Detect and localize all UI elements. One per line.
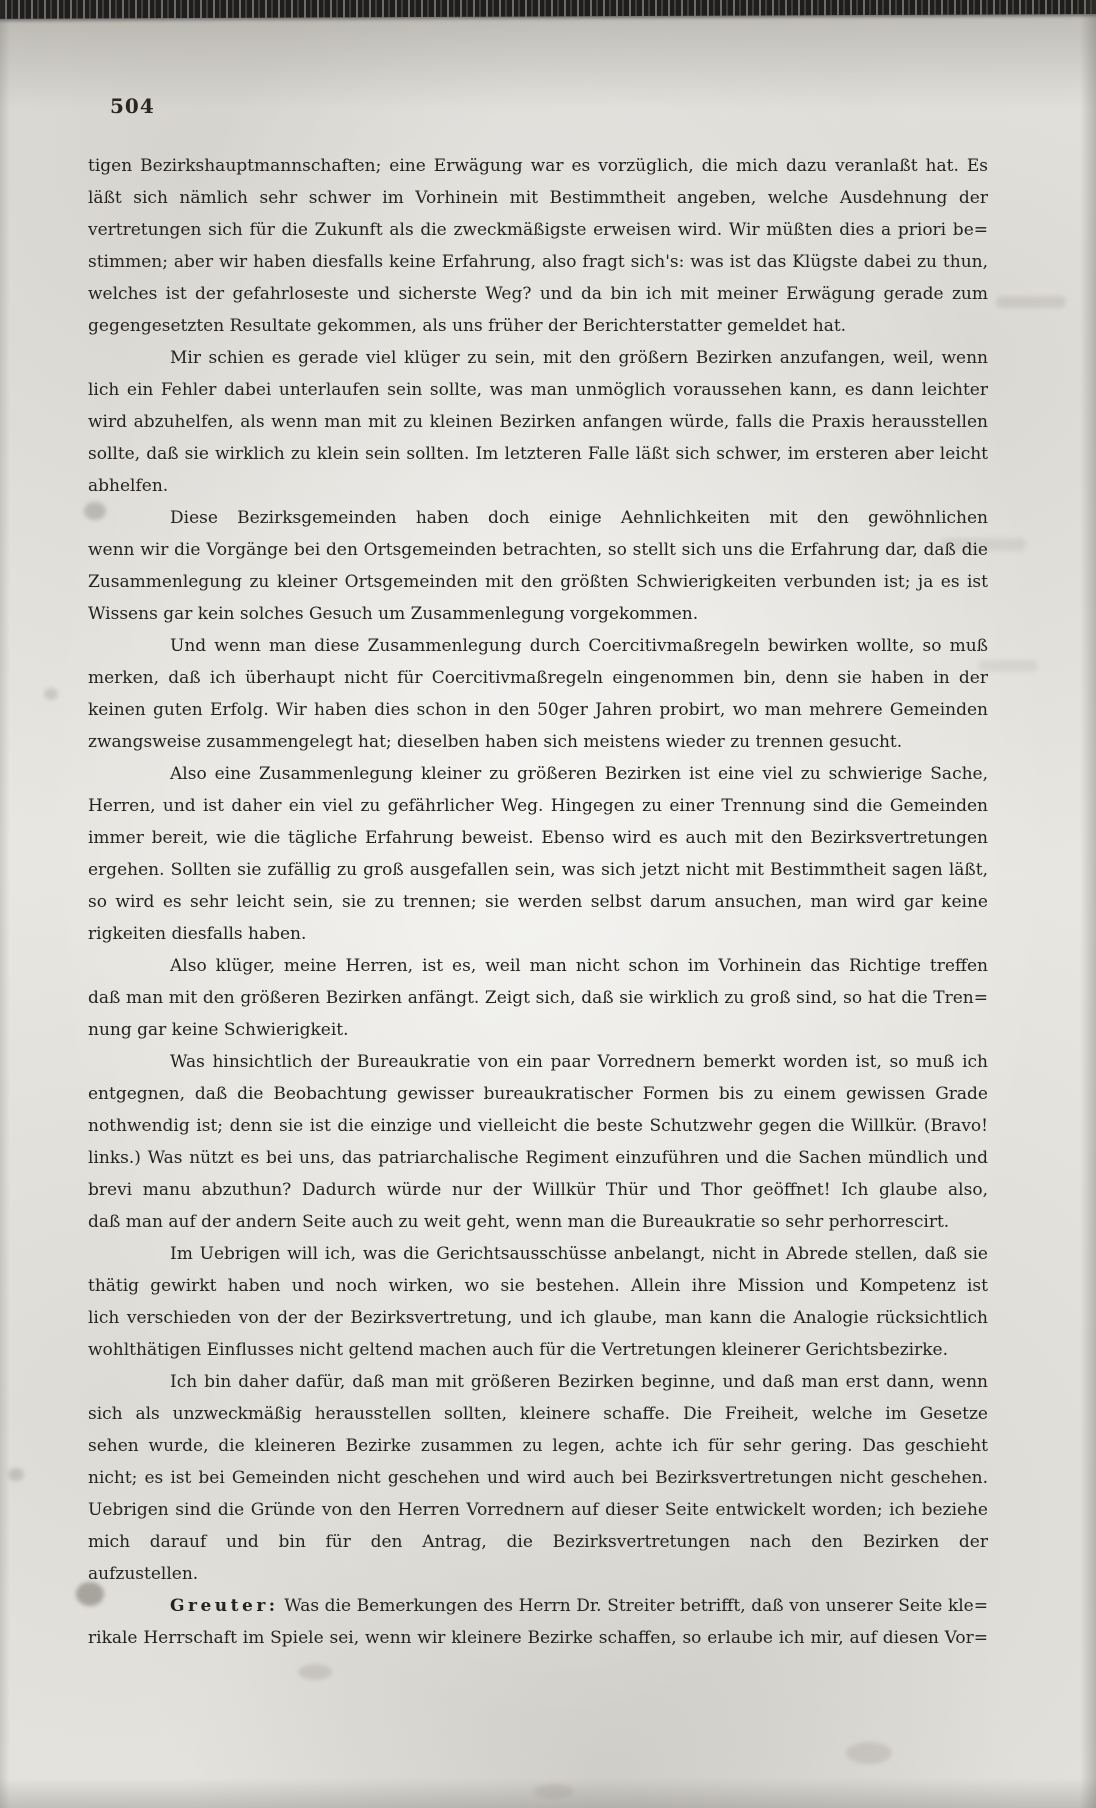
text-line: stimmen; aber wir haben diesfalls keine … xyxy=(88,246,988,278)
paper-stain xyxy=(298,1664,332,1680)
text-line: Ich bin daher dafür, daß man mit größere… xyxy=(88,1366,988,1398)
text-line: Mir schien es gerade viel klüger zu sein… xyxy=(88,342,988,374)
text-line: Greuter: Was die Bemerkungen des Herrn D… xyxy=(88,1590,988,1622)
paragraph: Was hinsichtlich der Bureaukratie von ei… xyxy=(88,1046,988,1238)
text-line: Wissens gar kein solches Gesuch um Zusam… xyxy=(88,598,988,630)
speaker-name: Greuter: xyxy=(170,1596,279,1616)
text-line: nung gar keine Schwierigkeit. xyxy=(88,1014,988,1046)
text-line: so wird es sehr leicht sein, sie zu tren… xyxy=(88,886,988,918)
text-line: Also klüger, meine Herren, ist es, weil … xyxy=(88,950,988,982)
text-line: sehen wurde, die kleineren Bezirke zusam… xyxy=(88,1430,988,1462)
text-line: daß man mit den größeren Bezirken anfäng… xyxy=(88,982,988,1014)
text-line: ergehen. Sollten sie zufällig zu groß au… xyxy=(88,854,988,886)
text-line: rikale Herrschaft im Spiele sei, wenn wi… xyxy=(88,1622,988,1654)
text-line: Und wenn man diese Zusammenlegung durch … xyxy=(88,630,988,662)
paragraph: Mir schien es gerade viel klüger zu sein… xyxy=(88,342,988,502)
paragraph: Im Uebrigen will ich, was die Gerichtsau… xyxy=(88,1238,988,1366)
text-line: merken, daß ich überhaupt nicht für Coer… xyxy=(88,662,988,694)
text-line: daß man auf der andern Seite auch zu wei… xyxy=(88,1206,988,1238)
scan-edge-strip xyxy=(0,0,1096,19)
paper-stain xyxy=(996,296,1066,308)
text-line: keinen guten Erfolg. Wir haben dies scho… xyxy=(88,694,988,726)
text-block: tigen Bezirkshauptmannschaften; eine Erw… xyxy=(88,150,988,1654)
text-line: abhelfen. xyxy=(88,470,988,502)
text-line: zwangsweise zusammengelegt hat; dieselbe… xyxy=(88,726,988,758)
text-line: vertretungen sich für die Zukunft als di… xyxy=(88,214,988,246)
text-line: sollte, daß sie wirklich zu klein sein s… xyxy=(88,438,988,470)
paragraph: Greuter: Was die Bemerkungen des Herrn D… xyxy=(88,1590,988,1654)
text-line: mich darauf und bin für den Antrag, die … xyxy=(88,1526,988,1558)
paragraph: Diese Bezirksgemeinden haben doch einige… xyxy=(88,502,988,630)
text-line: brevi manu abzuthun? Dadurch würde nur d… xyxy=(88,1174,988,1206)
paragraph: Also klüger, meine Herren, ist es, weil … xyxy=(88,950,988,1046)
text-line: aufzustellen. xyxy=(88,1558,988,1590)
text-line: lich verschieden von der der Bezirksvert… xyxy=(88,1302,988,1334)
text-line: läßt sich nämlich sehr schwer im Vorhine… xyxy=(88,182,988,214)
text-line: Uebrigen sind die Gründe von den Herren … xyxy=(88,1494,988,1526)
paper-stain xyxy=(534,1784,574,1799)
scan-left-shading xyxy=(0,0,10,1808)
page-number: 504 xyxy=(110,94,155,118)
paper-stain xyxy=(44,688,58,700)
text-line: welches ist der gefahrloseste und sicher… xyxy=(88,278,988,310)
text-line: entgegnen, daß die Beobachtung gewisser … xyxy=(88,1078,988,1110)
scan-bottom-shading xyxy=(0,1778,1096,1808)
text-line: nothwendig ist; denn sie ist die einzige… xyxy=(88,1110,988,1142)
paragraph: Und wenn man diese Zusammenlegung durch … xyxy=(88,630,988,758)
text-line: nicht; es ist bei Gemeinden nicht gesche… xyxy=(88,1462,988,1494)
paragraph: tigen Bezirkshauptmannschaften; eine Erw… xyxy=(88,150,988,342)
text-line: Also eine Zusammenlegung kleiner zu größ… xyxy=(88,758,988,790)
text-line: links.) Was nützt es bei uns, das patria… xyxy=(88,1142,988,1174)
text-line: Was hinsichtlich der Bureaukratie von ei… xyxy=(88,1046,988,1078)
text-line: sich als unzweckmäßig herausstellen soll… xyxy=(88,1398,988,1430)
text-line: Herren, und ist daher ein viel zu gefähr… xyxy=(88,790,988,822)
paper-stain xyxy=(8,1468,24,1481)
text-line: immer bereit, wie die tägliche Erfahrung… xyxy=(88,822,988,854)
paragraph: Ich bin daher dafür, daß man mit größere… xyxy=(88,1366,988,1590)
text-line: Zusammenlegung zu kleiner Ortsgemeinden … xyxy=(88,566,988,598)
text-line: gegengesetzten Resultate gekommen, als u… xyxy=(88,310,988,342)
paper-stain xyxy=(846,1742,892,1764)
text-line: thätig gewirkt haben und noch wirken, wo… xyxy=(88,1270,988,1302)
paragraph: Also eine Zusammenlegung kleiner zu größ… xyxy=(88,758,988,950)
text-line: tigen Bezirkshauptmannschaften; eine Erw… xyxy=(88,150,988,182)
text-line: lich ein Fehler dabei unterlaufen sein s… xyxy=(88,374,988,406)
scan-right-shading xyxy=(1080,0,1096,1808)
text-line: wohlthätigen Einflusses nicht geltend ma… xyxy=(88,1334,988,1366)
text-line: Diese Bezirksgemeinden haben doch einige… xyxy=(88,502,988,534)
text-line: wird abzuhelfen, als wenn man mit zu kle… xyxy=(88,406,988,438)
text-line: Im Uebrigen will ich, was die Gerichtsau… xyxy=(88,1238,988,1270)
scanned-book-page: 504 tigen Bezirkshauptmannschaften; eine… xyxy=(0,0,1096,1808)
text-line: rigkeiten diesfalls haben. xyxy=(88,918,988,950)
text-line: wenn wir die Vorgänge bei den Ortsgemein… xyxy=(88,534,988,566)
